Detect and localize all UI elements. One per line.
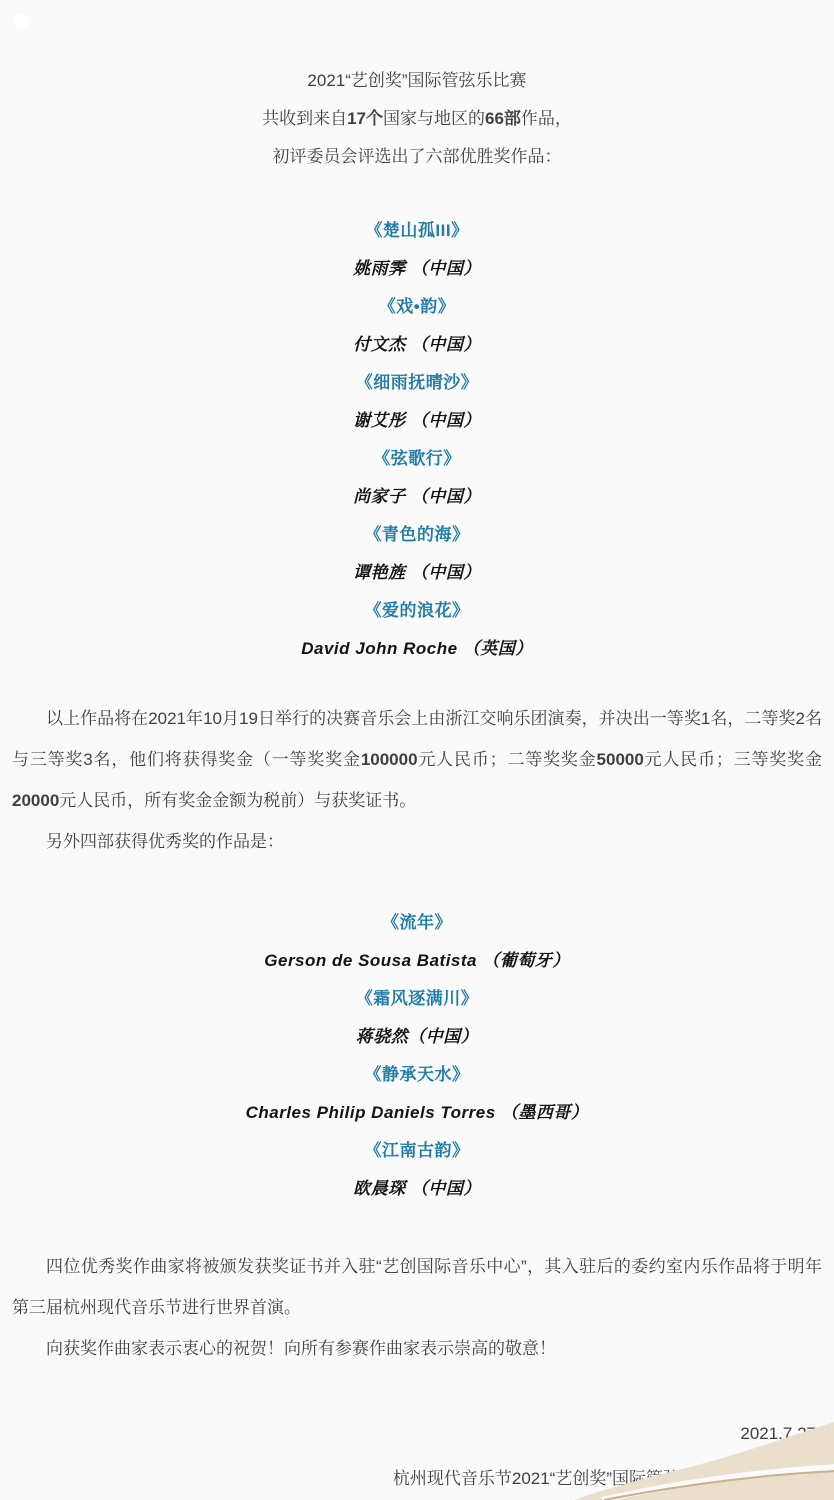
intro-block: 2021“艺创奖”国际管弦乐比赛 共收到来自17个国家与地区的66部作品， 初评… xyxy=(0,0,834,176)
work-title: 《流年》 xyxy=(0,904,834,942)
work-title: 《戏•韵》 xyxy=(0,288,834,326)
footer-signature-block: 2021.7.27 杭州现代音乐节2021“艺创奖”国际管弦乐作曲比赛组委会 xyxy=(0,1411,816,1500)
winner-list: 《楚山孤III》姚雨霁 （中国）《戏•韵》付文杰 （中国）《细雨抚晴沙》谢艾彤 … xyxy=(0,212,834,668)
work-title: 《静承天水》 xyxy=(0,1056,834,1094)
bold-figure: 100000 xyxy=(361,750,418,769)
footer-date: 2021.7.27 xyxy=(0,1411,816,1456)
bold-figure: 20000 xyxy=(12,791,59,810)
work-title: 《江南古韵》 xyxy=(0,1132,834,1170)
text-segment: 元人民币，所有奖金金额为税前）与获奖证书。 xyxy=(59,791,416,810)
composer-name: 付文杰 （中国） xyxy=(0,326,834,364)
text-segment: 作品， xyxy=(521,109,572,128)
composer-name: David John Roche （英国） xyxy=(0,630,834,668)
bold-figure: 50000 xyxy=(597,750,644,769)
finals-paragraph-block: 以上作品将在2021年10月19日举行的决赛音乐会上由浙江交响乐团演奏，并决出一… xyxy=(12,698,822,862)
competition-title: 2021“艺创奖”国际管弦乐比赛 xyxy=(0,62,834,100)
jury-selection-line: 初评委员会评选出了六部优胜奖作品： xyxy=(0,138,834,176)
composer-name: 欧晨琛 （中国） xyxy=(0,1170,834,1208)
article-page: 2021“艺创奖”国际管弦乐比赛 共收到来自17个国家与地区的66部作品， 初评… xyxy=(0,0,834,1500)
work-title: 《楚山孤III》 xyxy=(0,212,834,250)
work-title: 《青色的海》 xyxy=(0,516,834,554)
composer-name: 蒋骁然（中国） xyxy=(0,1018,834,1056)
residency-paragraph: 四位优秀奖作曲家将被颁发获奖证书并入驻“艺创国际音乐中心”，其入驻后的委约室内乐… xyxy=(12,1246,822,1328)
footer-committee: 杭州现代音乐节2021“艺创奖”国际管弦乐作曲比赛组委会 xyxy=(0,1456,816,1500)
composer-name: Charles Philip Daniels Torres （墨西哥） xyxy=(0,1094,834,1132)
excellence-award-list: 《流年》Gerson de Sousa Batista （葡萄牙）《霜风逐满川》… xyxy=(0,904,834,1208)
composer-name: 尚家子 （中国） xyxy=(0,478,834,516)
text-segment: 元人民币；二等奖奖金 xyxy=(418,750,597,769)
bold-figure: 17个 xyxy=(347,109,383,128)
work-title: 《弦歌行》 xyxy=(0,440,834,478)
composer-name: 谢艾彤 （中国） xyxy=(0,402,834,440)
composer-name: 谭艳旌 （中国） xyxy=(0,554,834,592)
composer-name: Gerson de Sousa Batista （葡萄牙） xyxy=(0,942,834,980)
congratulations-line: 向获奖作曲家表示衷心的祝贺！向所有参赛作曲家表示崇高的敬意！ xyxy=(12,1328,822,1369)
text-segment: 共收到来自 xyxy=(262,109,347,128)
work-title: 《细雨抚晴沙》 xyxy=(0,364,834,402)
submission-stats: 共收到来自17个国家与地区的66部作品， xyxy=(0,100,834,138)
excellence-intro-line: 另外四部获得优秀奖的作品是： xyxy=(12,821,822,862)
work-title: 《霜风逐满川》 xyxy=(0,980,834,1018)
corner-dot xyxy=(14,14,29,29)
closing-block: 四位优秀奖作曲家将被颁发获奖证书并入驻“艺创国际音乐中心”，其入驻后的委约室内乐… xyxy=(12,1246,822,1369)
work-title: 《爱的浪花》 xyxy=(0,592,834,630)
bold-figure: 66部 xyxy=(485,109,521,128)
text-segment: 国家与地区的 xyxy=(383,109,485,128)
finals-paragraph: 以上作品将在2021年10月19日举行的决赛音乐会上由浙江交响乐团演奏，并决出一… xyxy=(12,698,822,821)
text-segment: 元人民币；三等奖奖金 xyxy=(644,750,822,769)
composer-name: 姚雨霁 （中国） xyxy=(0,250,834,288)
